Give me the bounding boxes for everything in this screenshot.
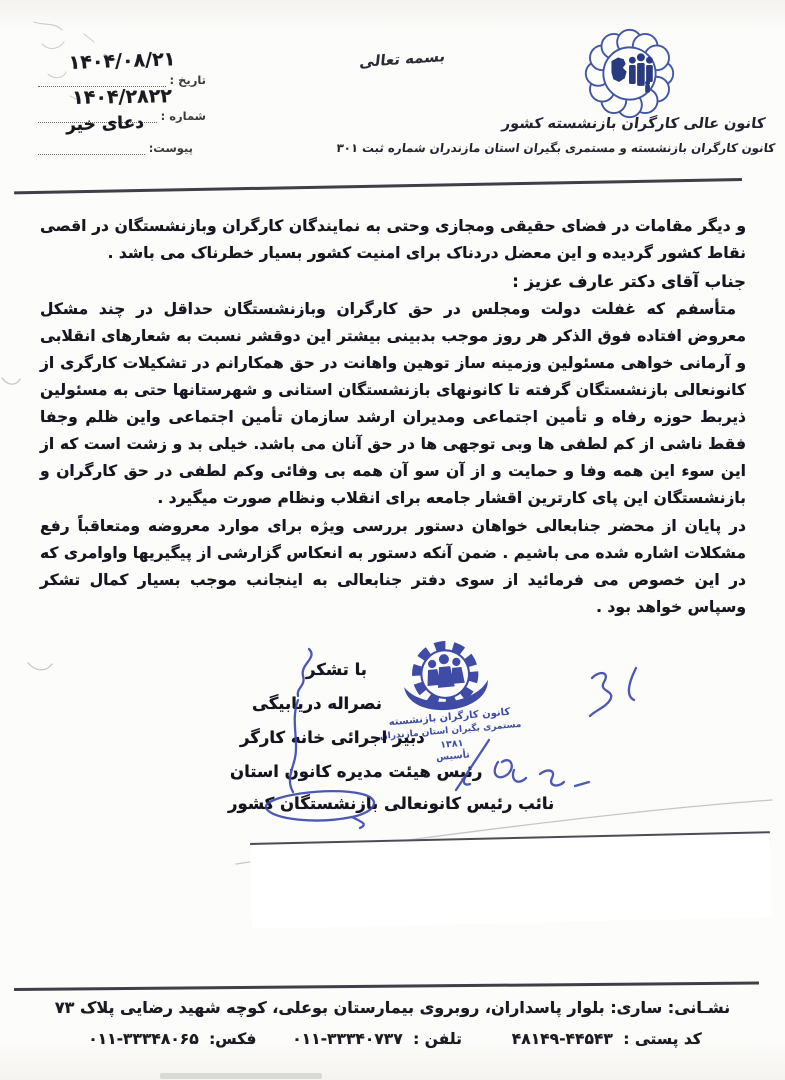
attachment-field: پیوست: [38, 140, 193, 155]
org-name-line2: کانون کارگران بازنشسته و مستمری بگیران ا… [454, 141, 776, 155]
signatory-name: نصراله دریابیگی [252, 694, 382, 713]
phone-label: تلفن : [413, 1030, 462, 1048]
body-paragraph-2: متأسفم که غفلت دولت ومجلس در حق کارگران … [40, 296, 746, 512]
bismillah-text: بسمه تعالی [334, 45, 471, 73]
footer-contacts: کد پستی : ۴۸۱۴۹-۴۴۵۴۳ تلفن : ۰۱۱-۳۳۳۴۰۷۳… [0, 1030, 785, 1048]
body-paragraph-3: در پایان از محضر جنابعالی خواهان دستور ب… [40, 513, 746, 621]
postal-code-label: کد پستی : [623, 1030, 702, 1048]
signatory-title-3: نائب رئیس کانونعالی بازنشستگان کشور [228, 794, 554, 813]
org-logo-icon [582, 26, 677, 121]
date-field: ۱۴۰۴/۰۸/۲۱ تاریخ : [38, 50, 206, 87]
handwritten-note: دعای خیر [66, 113, 145, 136]
phone-value: ۰۱۱-۳۳۳۴۰۷۳۷ [292, 1030, 403, 1048]
fax-value: ۰۱۱-۳۳۳۴۸۰۶۵ [88, 1030, 199, 1048]
attachment-label-row: پیوست: [38, 141, 193, 155]
salutation-line: جناب آقای دکتر عارف عزیز : [40, 268, 746, 295]
fax-label: فکس: [209, 1030, 256, 1048]
footer-divider-rule [14, 981, 759, 990]
attachment-dotted-line [38, 143, 145, 155]
signature-thanks: با تشکر [306, 660, 367, 679]
white-patch [250, 831, 772, 929]
bottom-scan-smear [160, 1073, 322, 1079]
letter-body: و دیگر مقامات در فضای حقیقی ومجازی وحتی … [40, 213, 746, 622]
org-name-line1: کانون عالی کارگران بازنشسته کشور [504, 116, 766, 132]
date-handwritten-value: ۱۴۰۴/۰۸/۲۱ [38, 47, 207, 75]
org-stamp: کانون کارگران بازنشسته مستمری بگیران است… [361, 633, 537, 779]
scanned-letter-page: بسمه تعالی ۱۴۰۴/۰۸/۲۱ تاریخ : ۱۴۰۴/۲۸۲۲ … [0, 0, 785, 1080]
number-label: شماره : [161, 109, 206, 123]
header-divider-rule [14, 178, 742, 194]
body-paragraph-1: و دیگر مقامات در فضای حقیقی ومجازی وحتی … [40, 213, 746, 267]
number-handwritten-value: ۱۴۰۴/۲۸۲۲ [38, 85, 206, 110]
postal-code-value: ۴۸۱۴۹-۴۴۵۴۳ [512, 1030, 613, 1048]
attachment-label: پیوست: [149, 141, 193, 155]
footer-address: نشـانی: ساری: بلوار پاسداران، روبروی بیم… [0, 998, 785, 1017]
